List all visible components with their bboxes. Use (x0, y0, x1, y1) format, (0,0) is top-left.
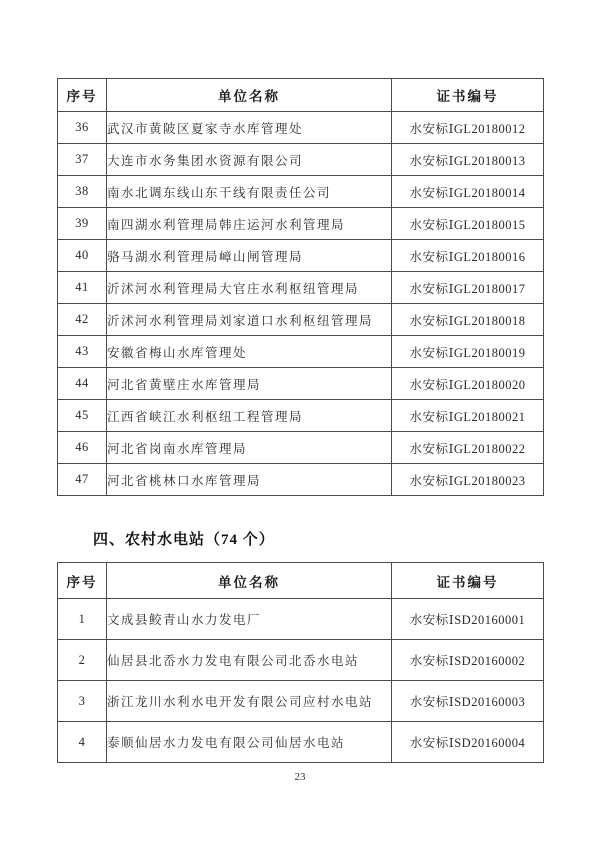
table-row: 4泰顺仙居水力发电有限公司仙居水电站水安标ⅠSD20160004 (58, 722, 544, 763)
certificate-number-cell: 水安标ⅠGL20180015 (392, 208, 544, 240)
certificate-number-cell: 水安标ⅠGL20180016 (392, 240, 544, 272)
table-row: 36武汉市黄陂区夏家寺水库管理处水安标ⅠGL20180012 (58, 112, 544, 144)
row-number-cell: 36 (58, 112, 107, 144)
certificate-number-cell: 水安标ⅠGL20180020 (392, 368, 544, 400)
unit-name-cell: 沂沭河水利管理局大官庄水利枢纽管理局 (107, 272, 392, 304)
row-number-cell: 43 (58, 336, 107, 368)
row-number-cell: 1 (58, 599, 107, 640)
table-row: 40骆马湖水利管理局嶂山闸管理局水安标ⅠGL20180016 (58, 240, 544, 272)
table-row: 38南水北调东线山东干线有限责任公司水安标ⅠGL20180014 (58, 176, 544, 208)
row-number-cell: 44 (58, 368, 107, 400)
certificate-number-cell: 水安标ⅠGL20180018 (392, 304, 544, 336)
row-number-cell: 47 (58, 464, 107, 496)
management-units-table: 序号单位名称证书编号 36武汉市黄陂区夏家寺水库管理处水安标ⅠGL2018001… (57, 78, 544, 496)
table-row: 42沂沭河水利管理局刘家道口水利枢纽管理局水安标ⅠGL20180018 (58, 304, 544, 336)
unit-name-cell: 大连市水务集团水资源有限公司 (107, 144, 392, 176)
table-row: 44河北省黄壁庄水库管理局水安标ⅠGL20180020 (58, 368, 544, 400)
unit-name-cell: 南水北调东线山东干线有限责任公司 (107, 176, 392, 208)
unit-name-cell: 浙江龙川水利水电开发有限公司应村水电站 (107, 681, 392, 722)
table-row: 47河北省桃林口水库管理局水安标ⅠGL20180023 (58, 464, 544, 496)
row-number-cell: 46 (58, 432, 107, 464)
certificate-number-cell: 水安标ⅠGL20180022 (392, 432, 544, 464)
row-number-cell: 40 (58, 240, 107, 272)
certificate-number-cell: 水安标ⅠSD20160001 (392, 599, 544, 640)
table-header: 序号单位名称证书编号 (58, 563, 544, 599)
row-number-cell: 4 (58, 722, 107, 763)
certificate-number-cell: 水安标ⅠSD20160003 (392, 681, 544, 722)
certificate-number-cell: 水安标ⅠGL20180012 (392, 112, 544, 144)
certificate-number-cell: 水安标ⅠSD20160004 (392, 722, 544, 763)
row-number-cell: 39 (58, 208, 107, 240)
certificate-number-cell: 水安标ⅠGL20180021 (392, 400, 544, 432)
header-row: 序号单位名称证书编号 (58, 79, 544, 112)
certificate-number-cell: 水安标ⅠGL20180014 (392, 176, 544, 208)
column-header: 证书编号 (392, 563, 544, 599)
table-row: 39南四湖水利管理局韩庄运河水利管理局水安标ⅠGL20180015 (58, 208, 544, 240)
page-number: 23 (0, 771, 600, 783)
certificate-number-cell: 水安标ⅠGL20180017 (392, 272, 544, 304)
row-number-cell: 42 (58, 304, 107, 336)
certificate-number-cell: 水安标ⅠSD20160002 (392, 640, 544, 681)
table-body: 36武汉市黄陂区夏家寺水库管理处水安标ⅠGL2018001237大连市水务集团水… (58, 112, 544, 496)
document-page: 序号单位名称证书编号 36武汉市黄陂区夏家寺水库管理处水安标ⅠGL2018001… (0, 0, 600, 848)
table-row: 37大连市水务集团水资源有限公司水安标ⅠGL20180013 (58, 144, 544, 176)
section-heading: 四、农村水电站（74 个） (93, 528, 275, 549)
unit-name-cell: 江西省峡江水利枢纽工程管理局 (107, 400, 392, 432)
row-number-cell: 2 (58, 640, 107, 681)
header-row: 序号单位名称证书编号 (58, 563, 544, 599)
row-number-cell: 41 (58, 272, 107, 304)
table-row: 3浙江龙川水利水电开发有限公司应村水电站水安标ⅠSD20160003 (58, 681, 544, 722)
row-number-cell: 45 (58, 400, 107, 432)
unit-name-cell: 沂沭河水利管理局刘家道口水利枢纽管理局 (107, 304, 392, 336)
row-number-cell: 37 (58, 144, 107, 176)
unit-name-cell: 泰顺仙居水力发电有限公司仙居水电站 (107, 722, 392, 763)
unit-name-cell: 仙居县北岙水力发电有限公司北岙水电站 (107, 640, 392, 681)
certificate-number-cell: 水安标ⅠGL20180023 (392, 464, 544, 496)
unit-name-cell: 河北省岗南水库管理局 (107, 432, 392, 464)
column-header: 单位名称 (107, 79, 392, 112)
table-row: 41沂沭河水利管理局大官庄水利枢纽管理局水安标ⅠGL20180017 (58, 272, 544, 304)
column-header: 单位名称 (107, 563, 392, 599)
row-number-cell: 38 (58, 176, 107, 208)
unit-name-cell: 河北省桃林口水库管理局 (107, 464, 392, 496)
table-row: 46河北省岗南水库管理局水安标ⅠGL20180022 (58, 432, 544, 464)
table-row: 2仙居县北岙水力发电有限公司北岙水电站水安标ⅠSD20160002 (58, 640, 544, 681)
certificate-number-cell: 水安标ⅠGL20180013 (392, 144, 544, 176)
column-header: 证书编号 (392, 79, 544, 112)
unit-name-cell: 骆马湖水利管理局嶂山闸管理局 (107, 240, 392, 272)
table-body: 1文成县鲛青山水力发电厂水安标ⅠSD201600012仙居县北岙水力发电有限公司… (58, 599, 544, 763)
unit-name-cell: 河北省黄壁庄水库管理局 (107, 368, 392, 400)
table-row: 43安徽省梅山水库管理处水安标ⅠGL20180019 (58, 336, 544, 368)
row-number-cell: 3 (58, 681, 107, 722)
table-row: 1文成县鲛青山水力发电厂水安标ⅠSD20160001 (58, 599, 544, 640)
certificate-number-cell: 水安标ⅠGL20180019 (392, 336, 544, 368)
column-header: 序号 (58, 563, 107, 599)
unit-name-cell: 文成县鲛青山水力发电厂 (107, 599, 392, 640)
unit-name-cell: 武汉市黄陂区夏家寺水库管理处 (107, 112, 392, 144)
table-row: 45江西省峡江水利枢纽工程管理局水安标ⅠGL20180021 (58, 400, 544, 432)
unit-name-cell: 安徽省梅山水库管理处 (107, 336, 392, 368)
unit-name-cell: 南四湖水利管理局韩庄运河水利管理局 (107, 208, 392, 240)
table-header: 序号单位名称证书编号 (58, 79, 544, 112)
column-header: 序号 (58, 79, 107, 112)
rural-hydropower-table: 序号单位名称证书编号 1文成县鲛青山水力发电厂水安标ⅠSD201600012仙居… (57, 562, 544, 763)
